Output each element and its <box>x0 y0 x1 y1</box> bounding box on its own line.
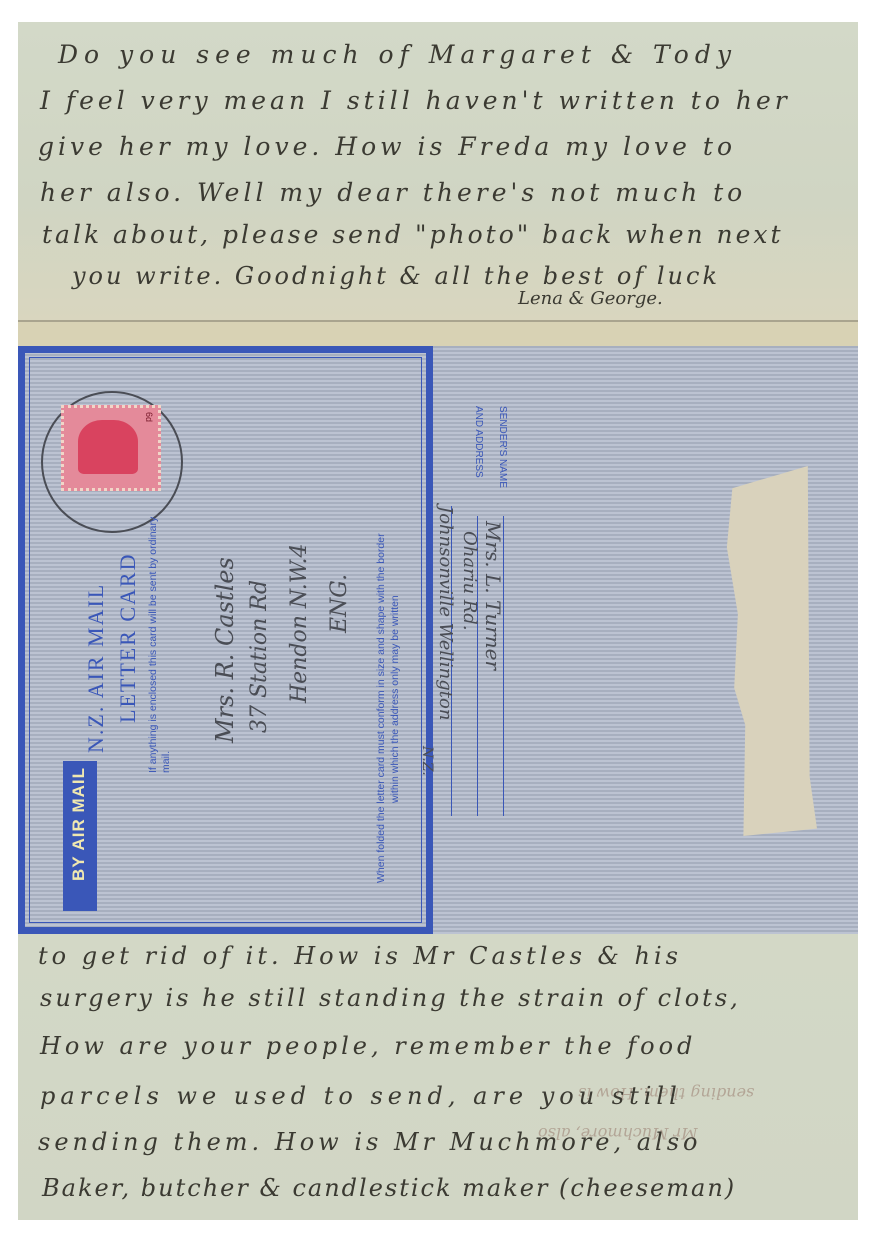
stamp-value: 6d <box>144 412 154 422</box>
signature: Lena & George. <box>518 288 663 309</box>
fold-instruction: within which the address only may be wri… <box>389 473 401 803</box>
fold-instruction: When folded the letter card must conform… <box>375 393 387 883</box>
top-letter-panel: Do you see much of Margaret & Tody I fee… <box>18 22 858 320</box>
postage-stamp-icon: 6d <box>61 405 161 491</box>
sender-name-label: SENDER'S NAME <box>497 406 508 516</box>
sender-address-label: AND ADDRESS <box>473 406 484 516</box>
letter-line: sending them. How is Mr Muchmore, also <box>38 1128 701 1156</box>
recipient-line: Mrs. R. Castles <box>211 503 239 743</box>
fold-strip <box>18 320 858 348</box>
sender-name: Mrs. L. Turner <box>481 521 505 670</box>
enclosure-notice: If anything is enclosed this card will b… <box>147 503 177 773</box>
card-address-panel: 6d BY AIR MAIL N.Z. AIR MAIL LETTER CARD… <box>18 346 433 934</box>
by-air-mail-label: BY AIR MAIL <box>63 761 97 911</box>
letter-line: I feel very mean I still haven't written… <box>40 86 791 115</box>
sender-address-line: Johnsonville Wellington <box>435 506 456 720</box>
card-title: N.Z. AIR MAIL <box>83 533 109 753</box>
letter-line: How are your people, remember the food <box>40 1032 696 1060</box>
letter-line: parcels we used to send, are you still <box>40 1082 682 1110</box>
recipient-line: Hendon N.W.4 <box>287 503 312 703</box>
sender-address-line: Ohariu Rd. <box>459 531 480 631</box>
recipient-line: 37 Station Rd <box>247 533 272 733</box>
letter-line: talk about, please send "photo" back whe… <box>42 220 784 249</box>
card-subtitle: LETTER CARD <box>115 543 141 723</box>
recipient-line: ENG. <box>327 553 352 633</box>
letter-line: to get rid of it. How is Mr Castles & hi… <box>38 942 682 970</box>
card-sender-panel: SENDER'S NAME AND ADDRESS Mrs. L. Turner… <box>433 346 858 934</box>
letter-line: Do you see much of Margaret & Tody <box>58 40 737 69</box>
letter-line: give her my love. How is Freda my love t… <box>38 132 736 161</box>
letter-line: Baker, butcher & candlestick maker (chee… <box>42 1174 736 1202</box>
king-portrait-icon <box>78 420 138 474</box>
sender-address-line: N.Z. <box>419 746 435 776</box>
air-mail-letter-card: 6d BY AIR MAIL N.Z. AIR MAIL LETTER CARD… <box>18 346 858 934</box>
letter-line: surgery is he still standing the strain … <box>40 984 741 1012</box>
torn-seal-flap <box>725 466 817 836</box>
bottom-letter-panel: sending them. How is Mr Muchmore, also t… <box>18 934 858 1220</box>
letter-line: her also. Well my dear there's not much … <box>40 178 746 207</box>
letter-line: you write. Goodnight & all the best of l… <box>72 262 720 290</box>
